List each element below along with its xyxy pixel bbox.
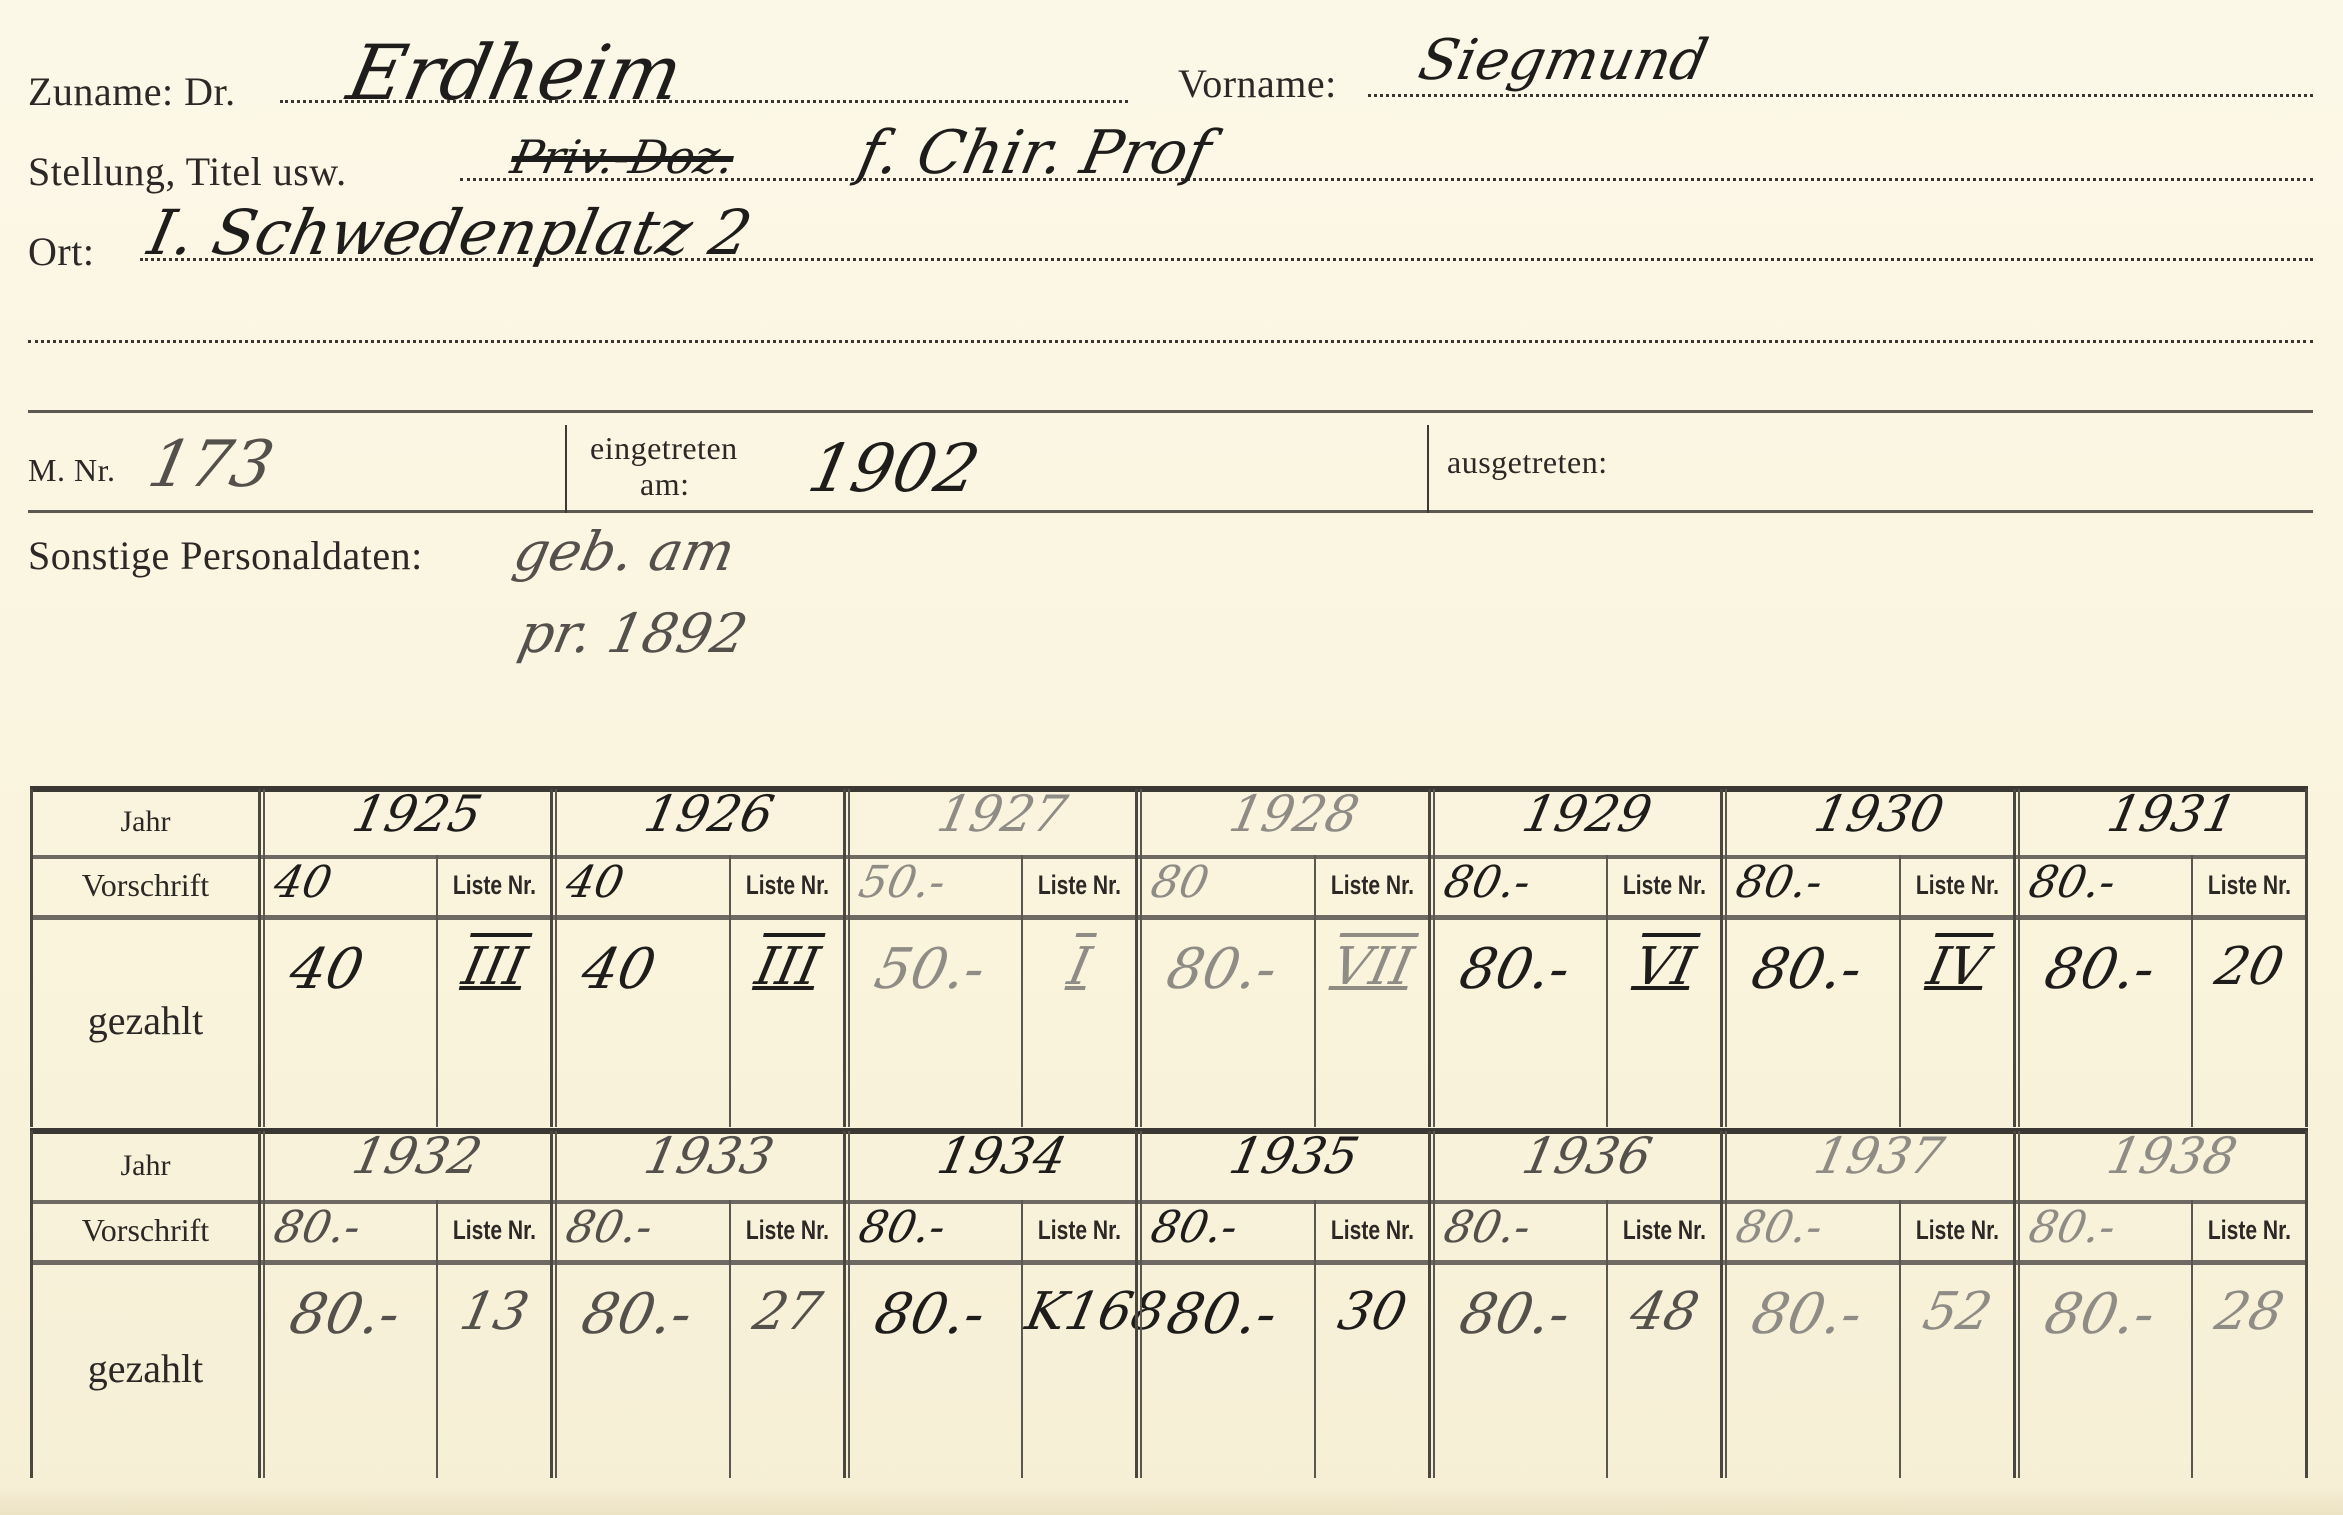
year-column-divider-inner [848,1131,850,1478]
paid-amount: 80.- [1161,1282,1283,1347]
year-value: 1937 [1757,1127,2002,1185]
firstname-value: Siegmund [1413,28,1713,93]
right-border [2305,1131,2308,1478]
list-number-label: Liste Nr. [449,1200,540,1260]
year-column-divider [843,789,846,1127]
paid-amount: 80.- [869,1282,991,1347]
year-value: 1935 [1172,1127,1417,1185]
required-row-rule [30,1260,2308,1265]
list-number-value: I [1021,937,1139,997]
list-number-value: 30 [1313,1282,1431,1342]
year-column-divider-inner [1140,789,1142,1127]
paid-amount: 80.- [1746,937,1868,1002]
year-column-divider-inner [1725,789,1727,1127]
year-column-divider-inner [555,1131,557,1478]
payment-block-2: JahrVorschriftgezahlt193280.-Liste Nr.80… [30,1131,2308,1478]
joined-label: eingetreten [590,430,738,467]
required-amount: 50.- [854,857,950,908]
list-number-value: 13 [436,1282,554,1342]
paid-amount: 80.- [2039,937,2161,1002]
required-amount: 80.- [1439,857,1535,908]
other-data-line-2: pr. 1892 [513,602,753,665]
required-amount: 80.- [2024,857,2120,908]
place-value: I. Schwedenplatz 2 [142,196,758,269]
list-number-value: 27 [728,1282,846,1342]
paid-amount: 50.- [869,937,991,1002]
required-row-rule [30,915,2308,920]
position-value: f. Chir. Prof [853,118,1217,188]
paid-amount: 80.- [577,1282,699,1347]
list-number-label: Liste Nr. [1034,1200,1125,1260]
list-number-value: VI [1606,937,1724,997]
row-label-year: Jahr [30,789,261,855]
position-struck-value: Priv.-Doz. [506,130,739,184]
list-number-label: Liste Nr. [1327,1200,1418,1260]
year-column-divider-inner [263,789,265,1127]
extra-line [28,340,2313,343]
member-row-bottom-rule [28,510,2313,513]
year-column-divider-inner [2018,1131,2020,1478]
year-column-divider [258,789,261,1127]
member-row-top-rule [28,410,2313,413]
year-value: 1933 [587,1127,832,1185]
list-number-value: 20 [2191,937,2309,997]
year-value: 1936 [1465,1127,1710,1185]
required-amount: 80.- [854,1202,950,1253]
list-number-label: Liste Nr. [1327,855,1418,915]
list-number-value: III [436,937,554,997]
membership-card: Zuname: Dr. Erdheim Vorname: Siegmund St… [0,0,2343,1515]
row-label-year: Jahr [30,1131,261,1200]
year-value: 1934 [880,1127,1125,1185]
member-row-divider-2 [1427,425,1429,513]
paid-amount: 40 [284,937,369,1002]
list-number-label: Liste Nr. [742,1200,833,1260]
year-value: 1929 [1465,785,1710,843]
list-number-label: Liste Nr. [1619,1200,1710,1260]
surname-label: Zuname: Dr. [28,68,236,115]
other-data-label: Sonstige Personaldaten: [28,532,423,579]
list-number-label: Liste Nr. [2204,1200,2295,1260]
list-number-label: Liste Nr. [1911,855,2002,915]
required-amount: 80.- [1732,1202,1828,1253]
list-number-value: 28 [2191,1282,2309,1342]
year-column-divider [2013,789,2016,1127]
paid-amount: 80.- [284,1282,406,1347]
member-no-value: 173 [142,428,280,502]
position-line [460,178,2313,181]
year-column-divider [843,1131,846,1478]
year-column-divider [550,1131,553,1478]
firstname-label: Vorname: [1178,60,1337,107]
year-column-divider [550,789,553,1127]
list-number-value: 52 [1898,1282,2016,1342]
payment-block-1: JahrVorschriftgezahlt192540Liste Nr.40II… [30,789,2308,1127]
required-amount: 80.- [270,1202,366,1253]
list-number-value: III [728,937,846,997]
list-number-label: Liste Nr. [1034,855,1125,915]
year-column-divider [1720,1131,1723,1478]
year-column-divider-inner [1140,1131,1142,1478]
row-label-required: Vorschrift [30,855,261,915]
paid-amount: 80.- [1454,937,1576,1002]
member-row-divider-1 [565,425,567,513]
year-column-divider [2013,1131,2016,1478]
year-column-divider [1135,1131,1138,1478]
list-number-value: K168 [1021,1282,1139,1342]
year-column-divider [1428,789,1431,1127]
year-column-divider [1428,1131,1431,1478]
year-column-divider [258,1131,261,1478]
firstname-line [1368,94,2313,97]
year-value: 1925 [295,785,540,843]
required-amount: 80.- [1439,1202,1535,1253]
required-amount: 80.- [1147,1202,1243,1253]
year-column-divider-inner [555,789,557,1127]
year-value: 1932 [295,1127,540,1185]
required-amount: 80.- [1732,857,1828,908]
required-amount: 80 [1147,857,1214,908]
row-label-paid: gezahlt [30,1260,261,1478]
place-label: Ort: [28,228,94,275]
paid-amount: 80.- [1161,937,1283,1002]
paid-amount: 80.- [2039,1282,2161,1347]
list-number-value: IV [1898,937,2016,997]
paid-amount: 40 [577,937,662,1002]
year-value: 1930 [1757,785,2002,843]
year-value: 1931 [2049,785,2294,843]
row-label-paid: gezahlt [30,915,261,1127]
joined-value: 1902 [802,430,986,507]
list-number-label: Liste Nr. [1911,1200,2002,1260]
surname-value: Erdheim [341,28,691,117]
year-column-divider-inner [2018,789,2020,1127]
joined-label-am: am: [640,466,689,503]
year-value: 1926 [587,785,832,843]
paid-amount: 80.- [1454,1282,1576,1347]
list-number-value: 48 [1606,1282,1724,1342]
list-number-label: Liste Nr. [742,855,833,915]
list-number-label: Liste Nr. [449,855,540,915]
year-value: 1938 [2049,1127,2294,1185]
year-column-divider-inner [848,789,850,1127]
list-number-label: Liste Nr. [2204,855,2295,915]
other-data-line-1: geb. am [508,520,740,583]
year-column-divider-inner [1433,1131,1435,1478]
year-column-divider-inner [1433,789,1435,1127]
row-label-required: Vorschrift [30,1200,261,1260]
required-amount: 40 [270,857,337,908]
year-value: 1928 [1172,785,1417,843]
required-amount: 40 [562,857,629,908]
member-no-label: M. Nr. [28,452,115,489]
paid-amount: 80.- [1746,1282,1868,1347]
left-label: ausgetreten: [1447,444,1608,481]
year-value: 1927 [880,785,1125,843]
year-column-divider-inner [263,1131,265,1478]
required-amount: 80.- [2024,1202,2120,1253]
required-amount: 80.- [562,1202,658,1253]
year-column-divider-inner [1725,1131,1727,1478]
position-label: Stellung, Titel usw. [28,148,347,195]
right-border [2305,789,2308,1127]
year-column-divider [1135,789,1138,1127]
list-number-label: Liste Nr. [1619,855,1710,915]
list-number-value: VII [1313,937,1431,997]
year-column-divider [1720,789,1723,1127]
